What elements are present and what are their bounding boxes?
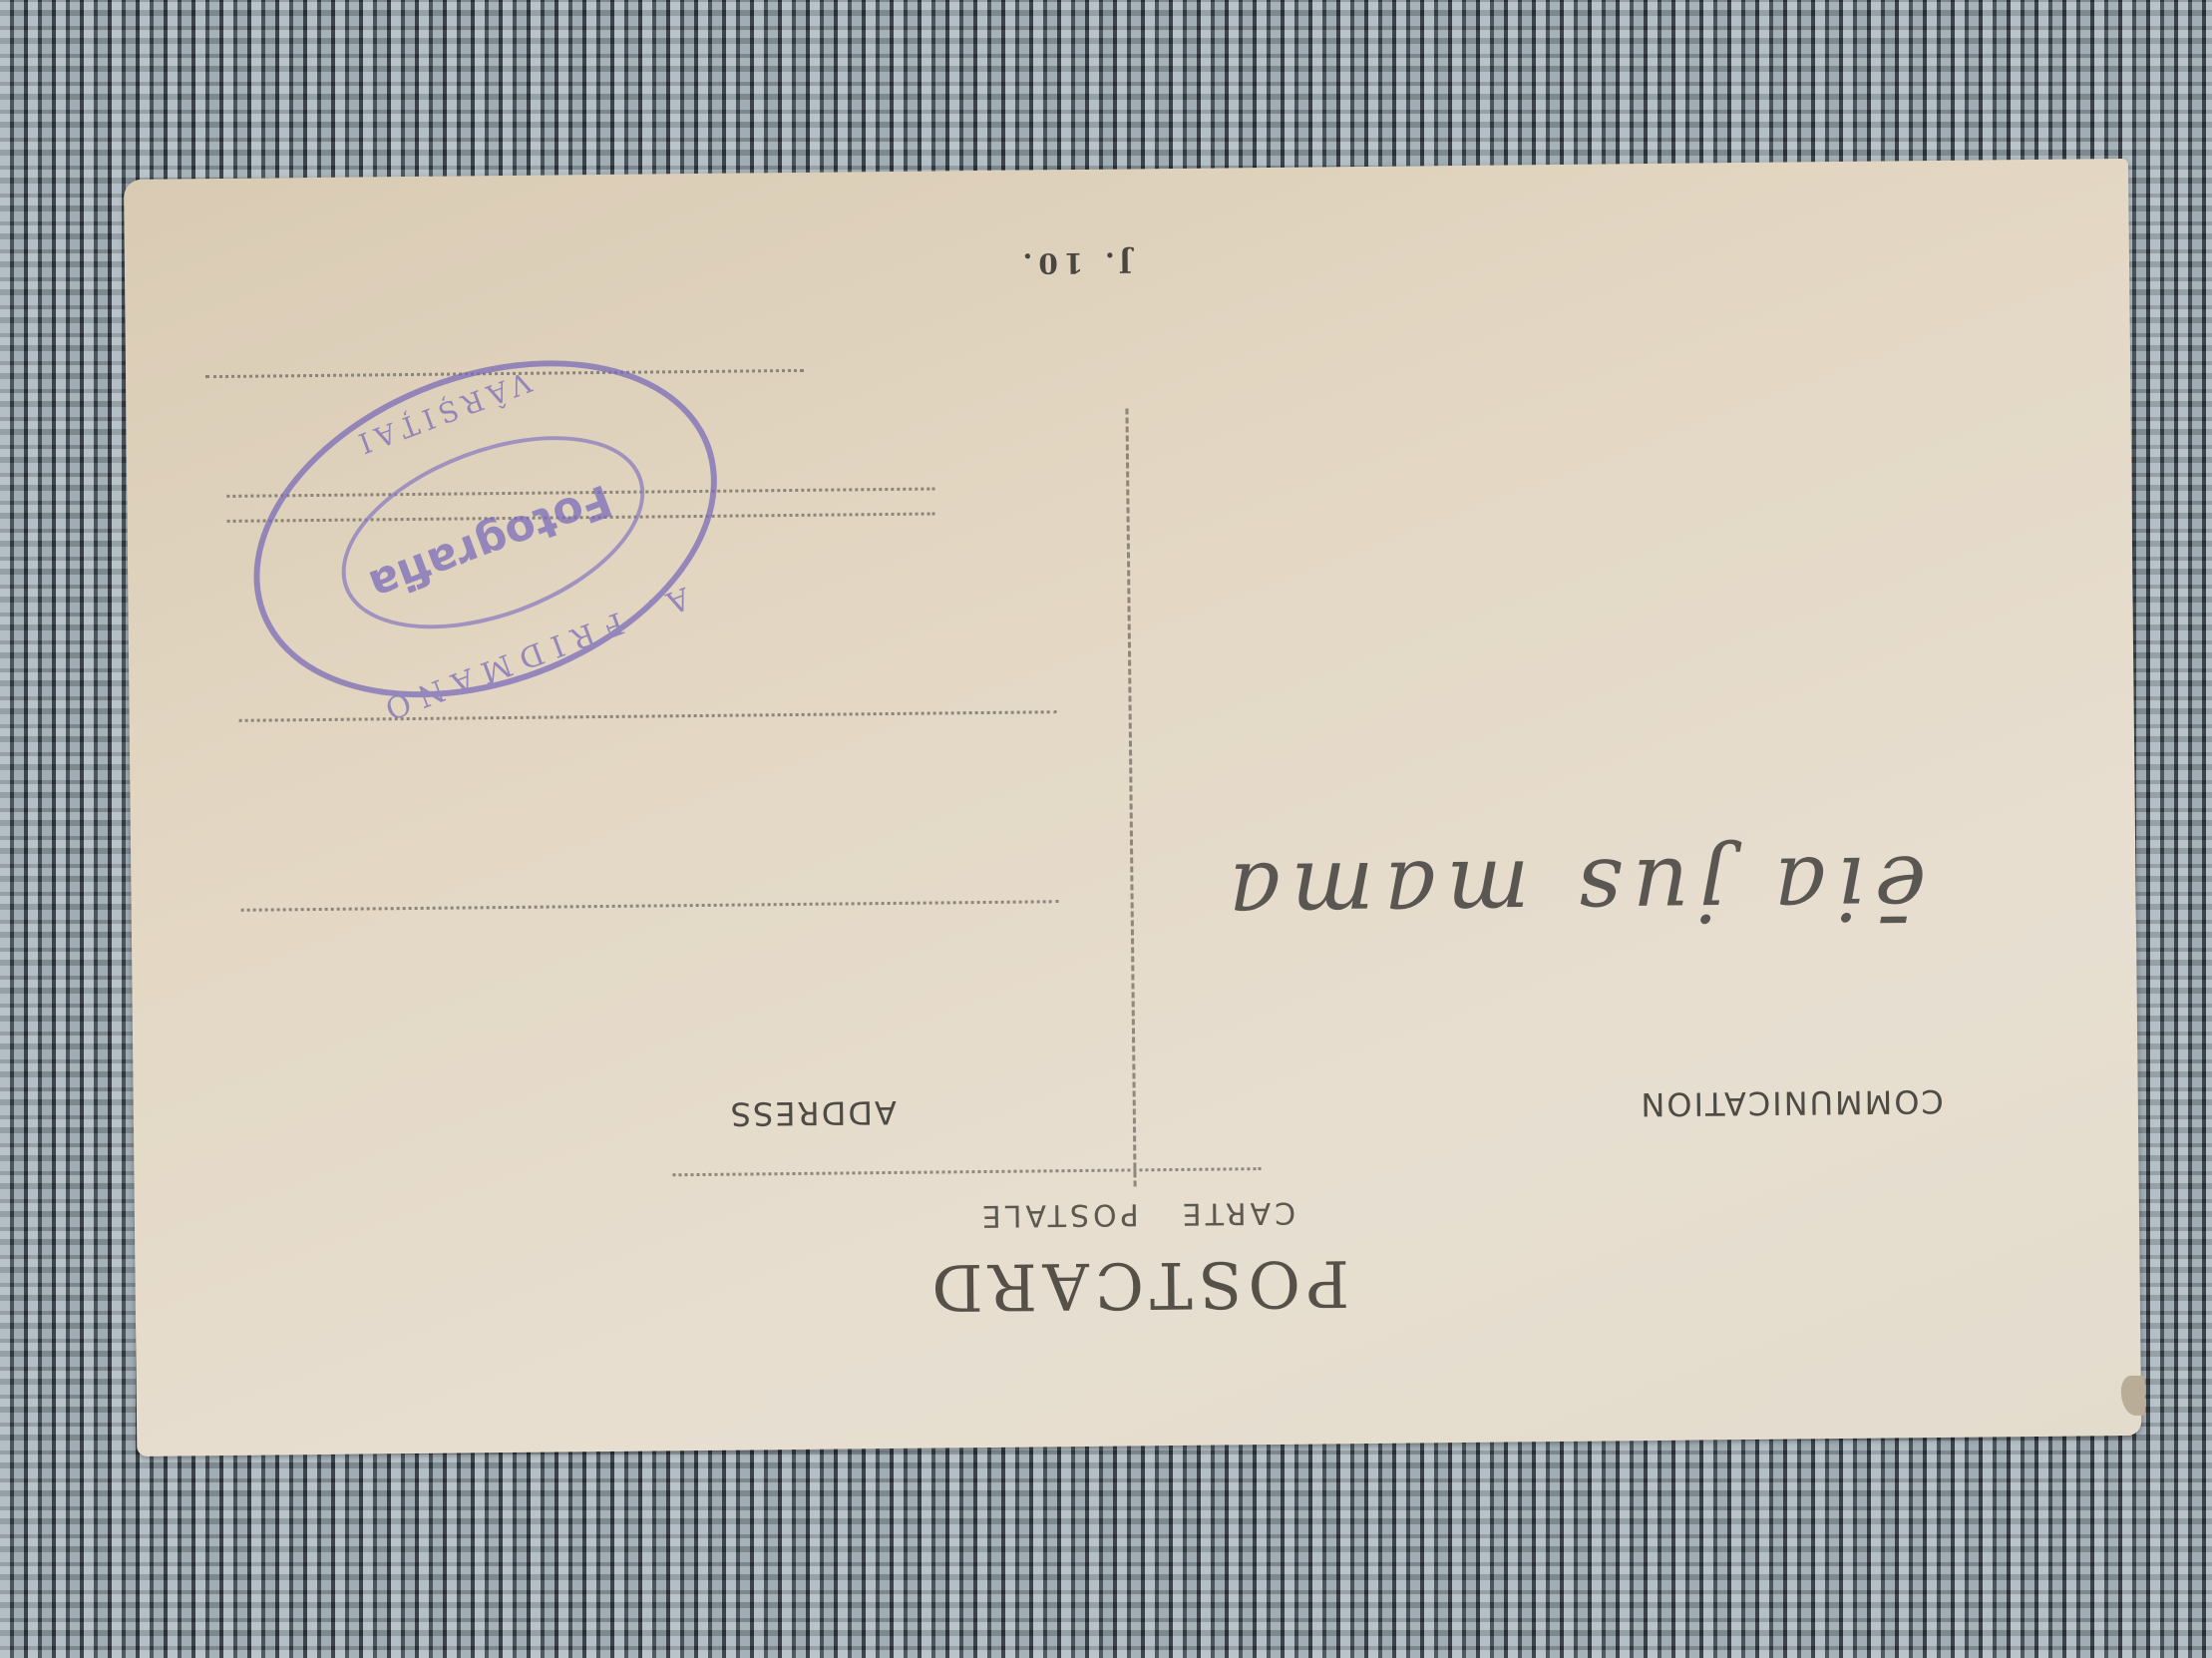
postcard-back-rotated: POSTCARD CARTEPOSTALE COMMUNICATION ADDR… [124,159,2141,1456]
subtitle-carte: CARTE [1178,1195,1295,1231]
title-post: POST [1144,1245,1350,1321]
serial-number: J. 10. [1016,245,1132,279]
center-divider [1125,408,1136,1186]
communication-label: COMMUNICATION [1639,1082,1944,1123]
title-card: CARD [925,1247,1144,1323]
handwritten-message: ēia jus mama [1218,836,1927,946]
address-label: ADDRESS [728,1093,897,1133]
postcard-title: POSTCARD [135,1237,2140,1332]
subtitle-postale: POSTALE [978,1196,1139,1233]
address-line-1 [241,900,1059,912]
photographer-stamp: A. FRIDMANO Fotografia VÂRȘIȚAI [205,298,765,759]
postcard-subtitle: CARTEPOSTALE [135,1186,2139,1242]
postcard: POSTCARD CARTEPOSTALE COMMUNICATION ADDR… [124,159,2141,1456]
title-underline [672,1167,1261,1176]
